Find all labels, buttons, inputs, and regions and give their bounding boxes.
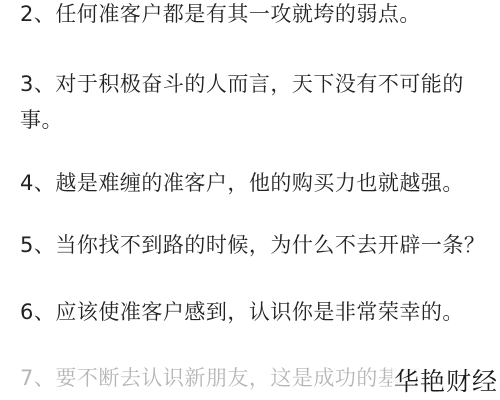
list-item-5: 5、当你找不到路的时候，为什么不去开辟一条？ [20, 227, 490, 263]
list-item-2: 2、任何准客户都是有其一攻就垮的弱点。 [20, 0, 490, 32]
watermark: 华艳财经 [392, 366, 498, 398]
list-item-6: 6、应该使准客户感到，认识你是非常荣幸的。 [20, 294, 490, 330]
list-item-3: 3、对于积极奋斗的人而言，天下没有不可能的事。 [20, 66, 490, 138]
list-item-4: 4、越是难缠的准客户，他的购买力也就越强。 [20, 165, 490, 201]
